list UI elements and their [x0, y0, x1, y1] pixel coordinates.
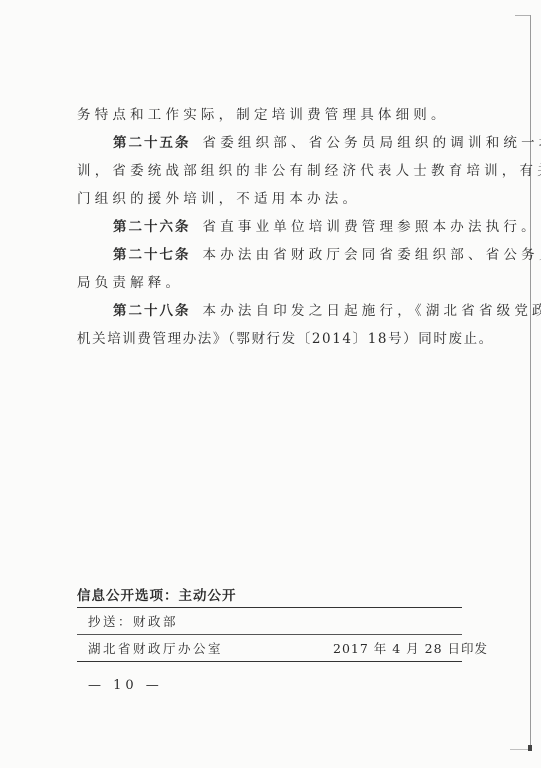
article-heading: 第二十六条	[113, 219, 191, 235]
article-27: 第二十七条本办法由省财政厅会同省委组织部、省公务员	[77, 241, 467, 269]
paragraph-line: 务特点和工作实际，制定培训费管理具体细则。	[77, 101, 467, 129]
disclosure-option: 信息公开选项：主动公开	[77, 584, 237, 604]
article-25: 第二十五条省委组织部、省公务员局组织的调训和统一培	[77, 129, 467, 157]
paragraph-line: 门组织的援外培训，不适用本办法。	[77, 185, 467, 213]
article-heading: 第二十五条	[113, 135, 191, 151]
paragraph-line: 训，省委统战部组织的非公有制经济代表人士教育培训，有关部	[77, 157, 467, 185]
issuer: 湖北省财政厅办公室	[88, 639, 223, 657]
article-26: 第二十六条省直事业单位培训费管理参照本办法执行。	[77, 213, 467, 241]
divider-rule	[77, 607, 462, 608]
paragraph-line: 局负责解释。	[77, 269, 467, 297]
article-28: 第二十八条本办法自印发之日起施行，《湖北省省级党政	[77, 297, 467, 325]
article-heading: 第二十八条	[113, 303, 191, 319]
page-number: — 10 —	[88, 678, 163, 693]
page-edge-top	[515, 15, 531, 16]
issue-date: 2017 年 4 月 28 日印发	[333, 639, 488, 657]
document-body: 务特点和工作实际，制定培训费管理具体细则。 第二十五条省委组织部、省公务员局组织…	[77, 101, 467, 353]
paragraph-line: 机关培训费管理办法》（鄂财行发〔2014〕18号）同时废止。	[77, 325, 467, 353]
divider-rule	[77, 661, 462, 662]
scan-mark	[528, 745, 532, 751]
divider-rule	[77, 634, 462, 635]
article-heading: 第二十七条	[113, 247, 191, 263]
cc-line: 抄送：财政部	[88, 612, 178, 630]
page-edge-right	[530, 15, 531, 750]
